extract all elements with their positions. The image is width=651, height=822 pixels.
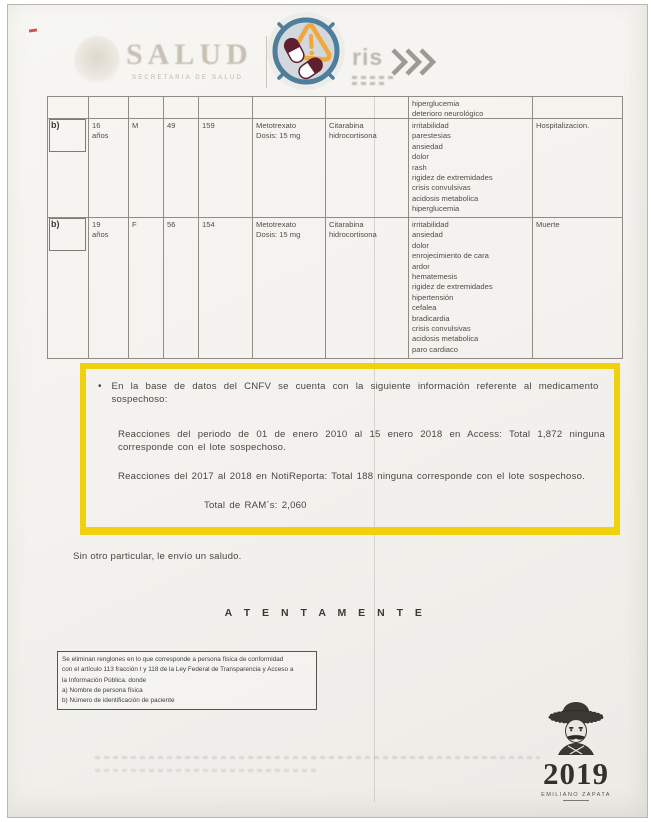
signature-heading: A T E N T A M E N T E [0, 607, 651, 619]
table-cell [253, 97, 326, 119]
table-cell-case-label: b) [48, 119, 89, 218]
table-cell-age: 16 años [89, 119, 129, 218]
table-cell-reactions: irritabilidad ansiedad dolor enrojecimie… [409, 218, 533, 359]
zapata-portrait-icon [538, 700, 614, 756]
adverse-reactions-table: hiperglucemia deterioro neurológico b) 1… [47, 96, 623, 359]
table-cell-weight: 49 [164, 119, 199, 218]
year-text: 2019 [538, 756, 614, 792]
table-cell [129, 97, 164, 119]
table-cell [48, 97, 89, 119]
eagle-seal-watermark [74, 36, 120, 84]
ris-fine-print [352, 82, 386, 85]
table-cell [326, 97, 409, 119]
table-cell [164, 97, 199, 119]
table-cell-outcome: Muerte [533, 218, 623, 359]
table-cell [89, 97, 129, 119]
notireporta-reactions-paragraph: Reacciones del 2017 al 2018 en NotiRepor… [118, 470, 605, 483]
table-cell-drug: Metotrexato Dosis: 15 mg [253, 218, 326, 359]
table-cell-reactions: irritabilidad parestesias ansiedad dolor… [409, 119, 533, 218]
total-ram-line: Total de RAM´s: 2,060 [204, 499, 614, 512]
footer-faint-print [95, 756, 540, 759]
triple-chevron-icon [390, 47, 442, 77]
access-reactions-paragraph: Reacciones del periodo de 01 de enero 20… [118, 428, 605, 454]
table-cell-weight: 56 [164, 218, 199, 359]
zapata-name-text: EMILIANO ZAPATA [538, 792, 614, 798]
cofepris-partial-text: ris [352, 44, 383, 71]
flourish-line [563, 800, 589, 801]
salud-logo-subtext: SECRETARÍA DE SALUD [132, 75, 243, 81]
table-cell-concomitant: Citarabina hidrocortisona [326, 218, 409, 359]
closing-line: Sin otro particular, le envío un saludo. [73, 551, 242, 562]
table-cell-reactions: hiperglucemia deterioro neurológico [409, 97, 533, 119]
pharmacovigilance-warning-pills-icon [265, 9, 347, 93]
cnfv-info-paragraph: En la base de datos del CNFV se cuenta c… [112, 380, 599, 406]
bullet-marker: • [98, 380, 102, 406]
redaction-notice-box: Se eliminan renglones en lo que correspo… [57, 651, 317, 710]
footer-faint-print [95, 769, 320, 772]
table-cell-sex: F [129, 218, 164, 359]
zapata-year-emblem: 2019 EMILIANO ZAPATA [538, 700, 614, 801]
table-cell-concomitant: Citarabina hidrocortisona [326, 119, 409, 218]
scanned-document-photo: SALUD SECRETARÍA DE SALUD ris [0, 0, 651, 822]
table-cell-outcome: Hospitalizacion. [533, 119, 623, 218]
ris-fine-print [352, 76, 394, 79]
table-cell-height: 159 [199, 119, 253, 218]
table-cell-sex: M [129, 119, 164, 218]
table-cell-case-label: b) [48, 218, 89, 359]
table-cell [199, 97, 253, 119]
table-cell [533, 97, 623, 119]
table-cell-age: 19 años [89, 218, 129, 359]
salud-logo-text: SALUD [126, 38, 253, 72]
table-cell-height: 154 [199, 218, 253, 359]
table-cell-drug: Metotrexato Dosis: 15 mg [253, 119, 326, 218]
yellow-highlight-box: • En la base de datos del CNFV se cuenta… [80, 363, 620, 535]
